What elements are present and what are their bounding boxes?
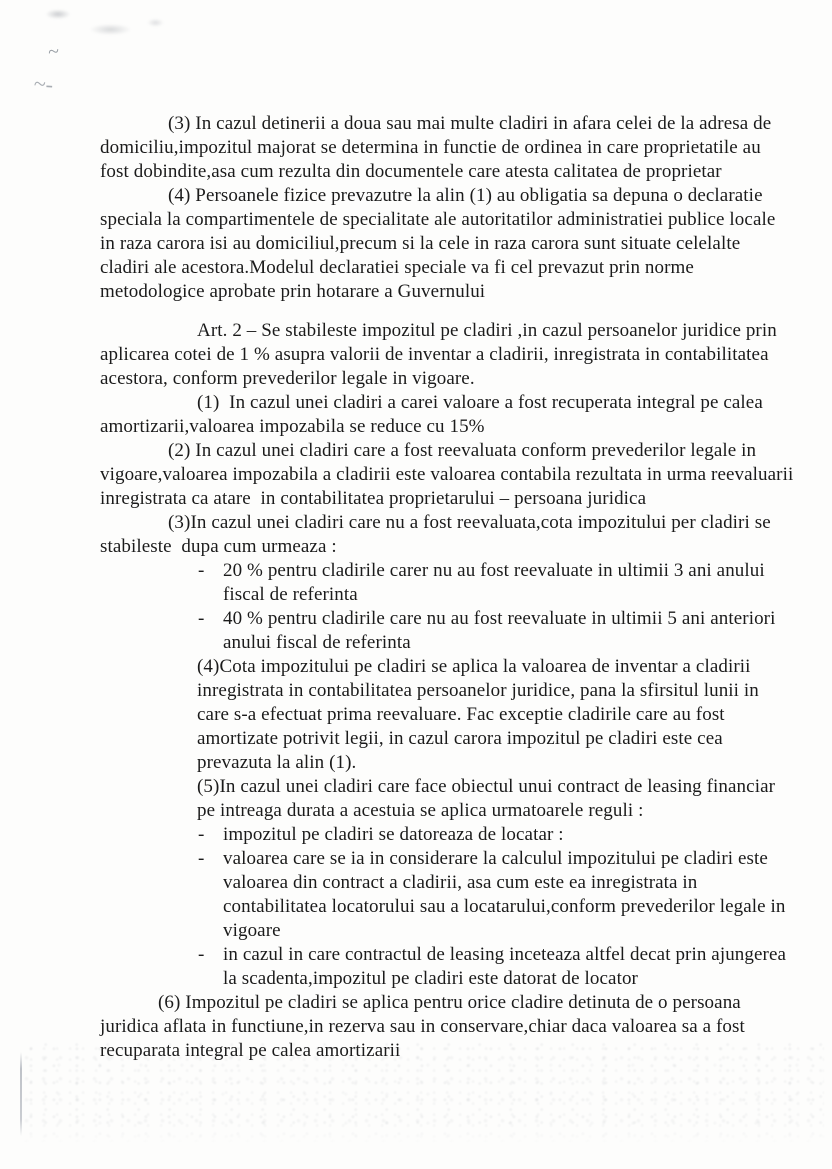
- list-item: -40 % pentru cladirile care nu au fost r…: [195, 607, 794, 655]
- paragraph: (2) In cazul unei cladiri care a fost re…: [100, 439, 794, 511]
- list-item: -valoarea care se ia in considerare la c…: [195, 847, 794, 943]
- list-item: -impozitul pe cladiri se datoreaza de lo…: [195, 823, 794, 847]
- bullet-dash: -: [198, 559, 204, 583]
- document-body: (3) In cazul detinerii a doua sau mai mu…: [100, 112, 794, 1063]
- paragraph: (4)Cota impozitului pe cladiri se aplica…: [197, 655, 794, 775]
- paragraph: (3) In cazul detinerii a doua sau mai mu…: [100, 112, 794, 184]
- bullet-dash: -: [198, 823, 204, 847]
- paragraph: (4) Persoanele fizice prevazutre la alin…: [100, 184, 794, 304]
- bullet-dash: -: [198, 607, 204, 631]
- bullet-dash: -: [198, 943, 204, 967]
- scan-noise-fade: [0, 1125, 832, 1169]
- scan-mark-squiggle: ~-: [33, 71, 74, 94]
- paragraph: Art. 2 – Se stabileste impozitul pe clad…: [100, 319, 794, 391]
- list-item-text: in cazul in care contractul de leasing i…: [223, 944, 791, 989]
- list-item: -in cazul in care contractul de leasing …: [195, 943, 794, 991]
- list-item-text: impozitul pe cladiri se datoreaza de loc…: [223, 824, 564, 845]
- list-item: -20 % pentru cladirile carer nu au fost …: [195, 559, 794, 607]
- paragraph-spacer: [100, 304, 794, 319]
- list-item-text: 20 % pentru cladirile carer nu au fost r…: [223, 560, 770, 605]
- list-item-text: 40 % pentru cladirile care nu au fost re…: [223, 608, 780, 653]
- paragraph: (1) In cazul unei cladiri a carei valoar…: [100, 391, 794, 439]
- bullet-dash: -: [198, 847, 204, 871]
- paragraph: (3)In cazul unei cladiri care nu a fost …: [100, 511, 794, 559]
- paragraph: (5)In cazul unei cladiri care face obiec…: [197, 775, 794, 823]
- scan-smudge: [28, 4, 178, 38]
- list-item-text: valoarea care se ia in considerare la ca…: [223, 848, 790, 941]
- scanned-document-page: ~ ~- (3) In cazul detinerii a doua sau m…: [0, 0, 832, 1169]
- scan-edge-line: [20, 1052, 22, 1136]
- scan-mark-tilde: ~: [47, 39, 75, 60]
